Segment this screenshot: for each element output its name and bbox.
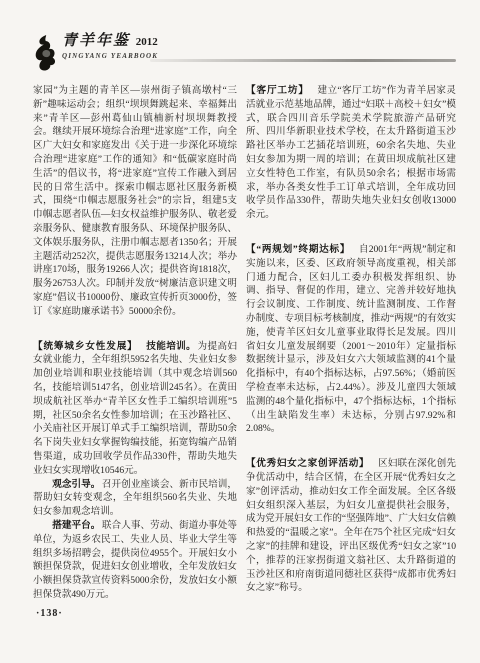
paragraph-lead: 观念引导。 (52, 479, 100, 490)
yearbook-page: 青羊年鉴 2012 QINGYANG YEARBOOK 家园”为主题的青羊区—崇… (0, 0, 480, 663)
yearbook-title-text: 青羊年鉴 (62, 33, 130, 49)
paragraph-lead: 搭建平台。 (52, 520, 100, 531)
continuation-paragraph: 家园”为主题的青羊区—崇州街子镇高墩村“三新”趣味运动会；组织“坝坝舞跳起来、幸… (33, 84, 237, 319)
yearbook-subtitle: QINGYANG YEARBOOK (62, 53, 158, 60)
paragraph-concept-guidance: 观念引导。召开创业座谈会、新市民培训，帮助妇女转变观念，全年组织560名失业、失… (33, 478, 237, 519)
section-heading: 【客厅工坊】 (246, 85, 309, 96)
yearbook-title-block: 青羊年鉴 2012 QINGYANG YEARBOOK (62, 34, 158, 60)
page-body: 家园”为主题的青羊区—崇州街子镇高墩村“三新”趣味运动会；组织“坝坝舞跳起来、幸… (33, 84, 456, 602)
paragraph-text: 建立“客厅工坊”作为青羊居家灵活就业示范基地品牌，通过“妇联＋高校＋妇女”模式，… (246, 85, 456, 220)
section-two-plans-final-standard: 【“两规划”终期达标】自2001年“两规”制定和实施以来，区委、区政府领导高度重… (246, 243, 456, 436)
paragraph-lead: 技能培训。 (146, 341, 196, 352)
yearbook-year: 2012 (136, 36, 158, 48)
yearbook-title: 青羊年鉴 2012 (62, 34, 158, 49)
section-living-room-workshop: 【客厅工坊】建立“客厅工坊”作为青羊居家灵活就业示范基地品牌，通过“妇联＋高校＋… (246, 84, 456, 222)
section-heading: 【“两规划”终期达标】 (246, 244, 350, 255)
paragraph-text: 联合人事、劳动、街道办事处等单位，为返乡农民工、失业人员、毕业大学生等组织多场招… (33, 520, 237, 600)
paragraph-platform-building: 搭建平台。联合人事、劳动、街道办事处等单位，为返乡农民工、失业人员、毕业大学生等… (33, 519, 237, 602)
section-excellent-womens-home: 【优秀妇女之家创评活动】区妇联在深化创先争优活动中，结合区情，在全区开展“优秀妇… (246, 457, 456, 595)
page-number: ·138· (36, 608, 63, 619)
section-heading: 【优秀妇女之家创评活动】 (246, 458, 369, 469)
calligraphy-ram-icon (32, 34, 57, 71)
section-heading: 【统筹城乡女性发展】 (33, 341, 138, 352)
paragraph-text: 为提高妇女就业能力，全年组织5952名失地、失业妇女参加创业培训和职业技能培训（… (33, 341, 237, 476)
paragraph-text: 自2001年“两规”制定和实施以来，区委、区政府领导高度重视，相关部门通力配合，… (246, 244, 456, 434)
paragraph-text: 区妇联在深化创先争优活动中，结合区情，在全区开展“优秀妇女之家”创评活动，推动妇… (246, 458, 456, 593)
page-header: 青羊年鉴 2012 QINGYANG YEARBOOK (32, 34, 456, 76)
left-column: 家园”为主题的青羊区—崇州街子镇高墩村“三新”趣味运动会；组织“坝坝舞跳起来、幸… (33, 84, 237, 602)
right-column: 【客厅工坊】建立“客厅工坊”作为青羊居家灵活就业示范基地品牌，通过“妇联＋高校＋… (246, 84, 456, 602)
section-overall-urban-rural-women: 【统筹城乡女性发展】技能培训。为提高妇女就业能力，全年组织5952名失地、失业妇… (33, 340, 237, 478)
yearbook-logo: 青羊年鉴 2012 QINGYANG YEARBOOK (32, 34, 456, 71)
header-rule (150, 59, 456, 62)
